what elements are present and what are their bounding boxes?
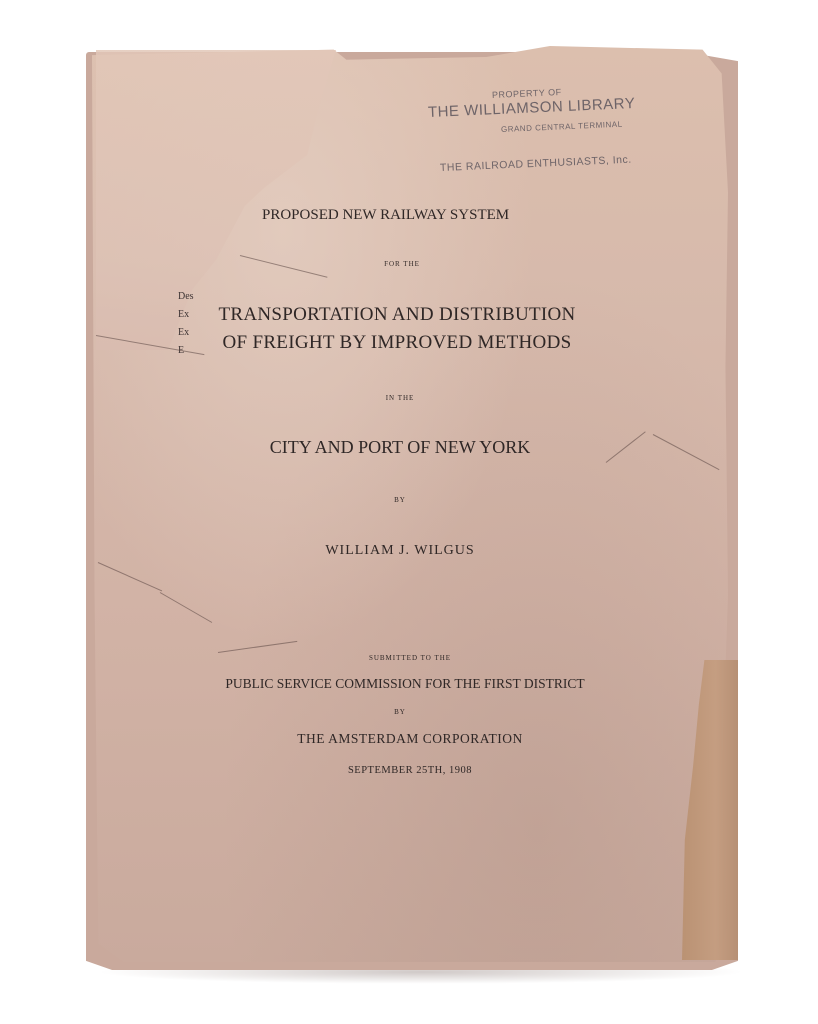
corporation: THE AMSTERDAM CORPORATION bbox=[290, 731, 530, 747]
title-line-1: TRANSPORTATION AND DISTRIBUTION bbox=[212, 304, 582, 326]
date: SEPTEMBER 25TH, 1908 bbox=[320, 765, 500, 776]
underlying-text-fragment: Ex bbox=[178, 327, 189, 338]
in-the-label: IN THE bbox=[370, 394, 430, 402]
underlying-text-fragment: Ex bbox=[178, 309, 189, 320]
heading: PROPOSED NEW RAILWAY SYSTEM bbox=[262, 207, 522, 224]
author-name: WILLIAM J. WILGUS bbox=[290, 543, 510, 559]
by-label: BY bbox=[370, 496, 430, 504]
by-label: BY bbox=[370, 708, 430, 716]
title-line-2: OF FREIGHT BY IMPROVED METHODS bbox=[212, 332, 582, 354]
place-title: CITY AND PORT OF NEW YORK bbox=[250, 437, 550, 458]
for-the-label: FOR THE bbox=[372, 260, 432, 268]
recipient: PUBLIC SERVICE COMMISSION FOR THE FIRST … bbox=[220, 676, 590, 692]
submitted-to-label: SUBMITTED TO THE bbox=[340, 654, 480, 662]
underlying-text-fragment: Des bbox=[178, 291, 194, 302]
